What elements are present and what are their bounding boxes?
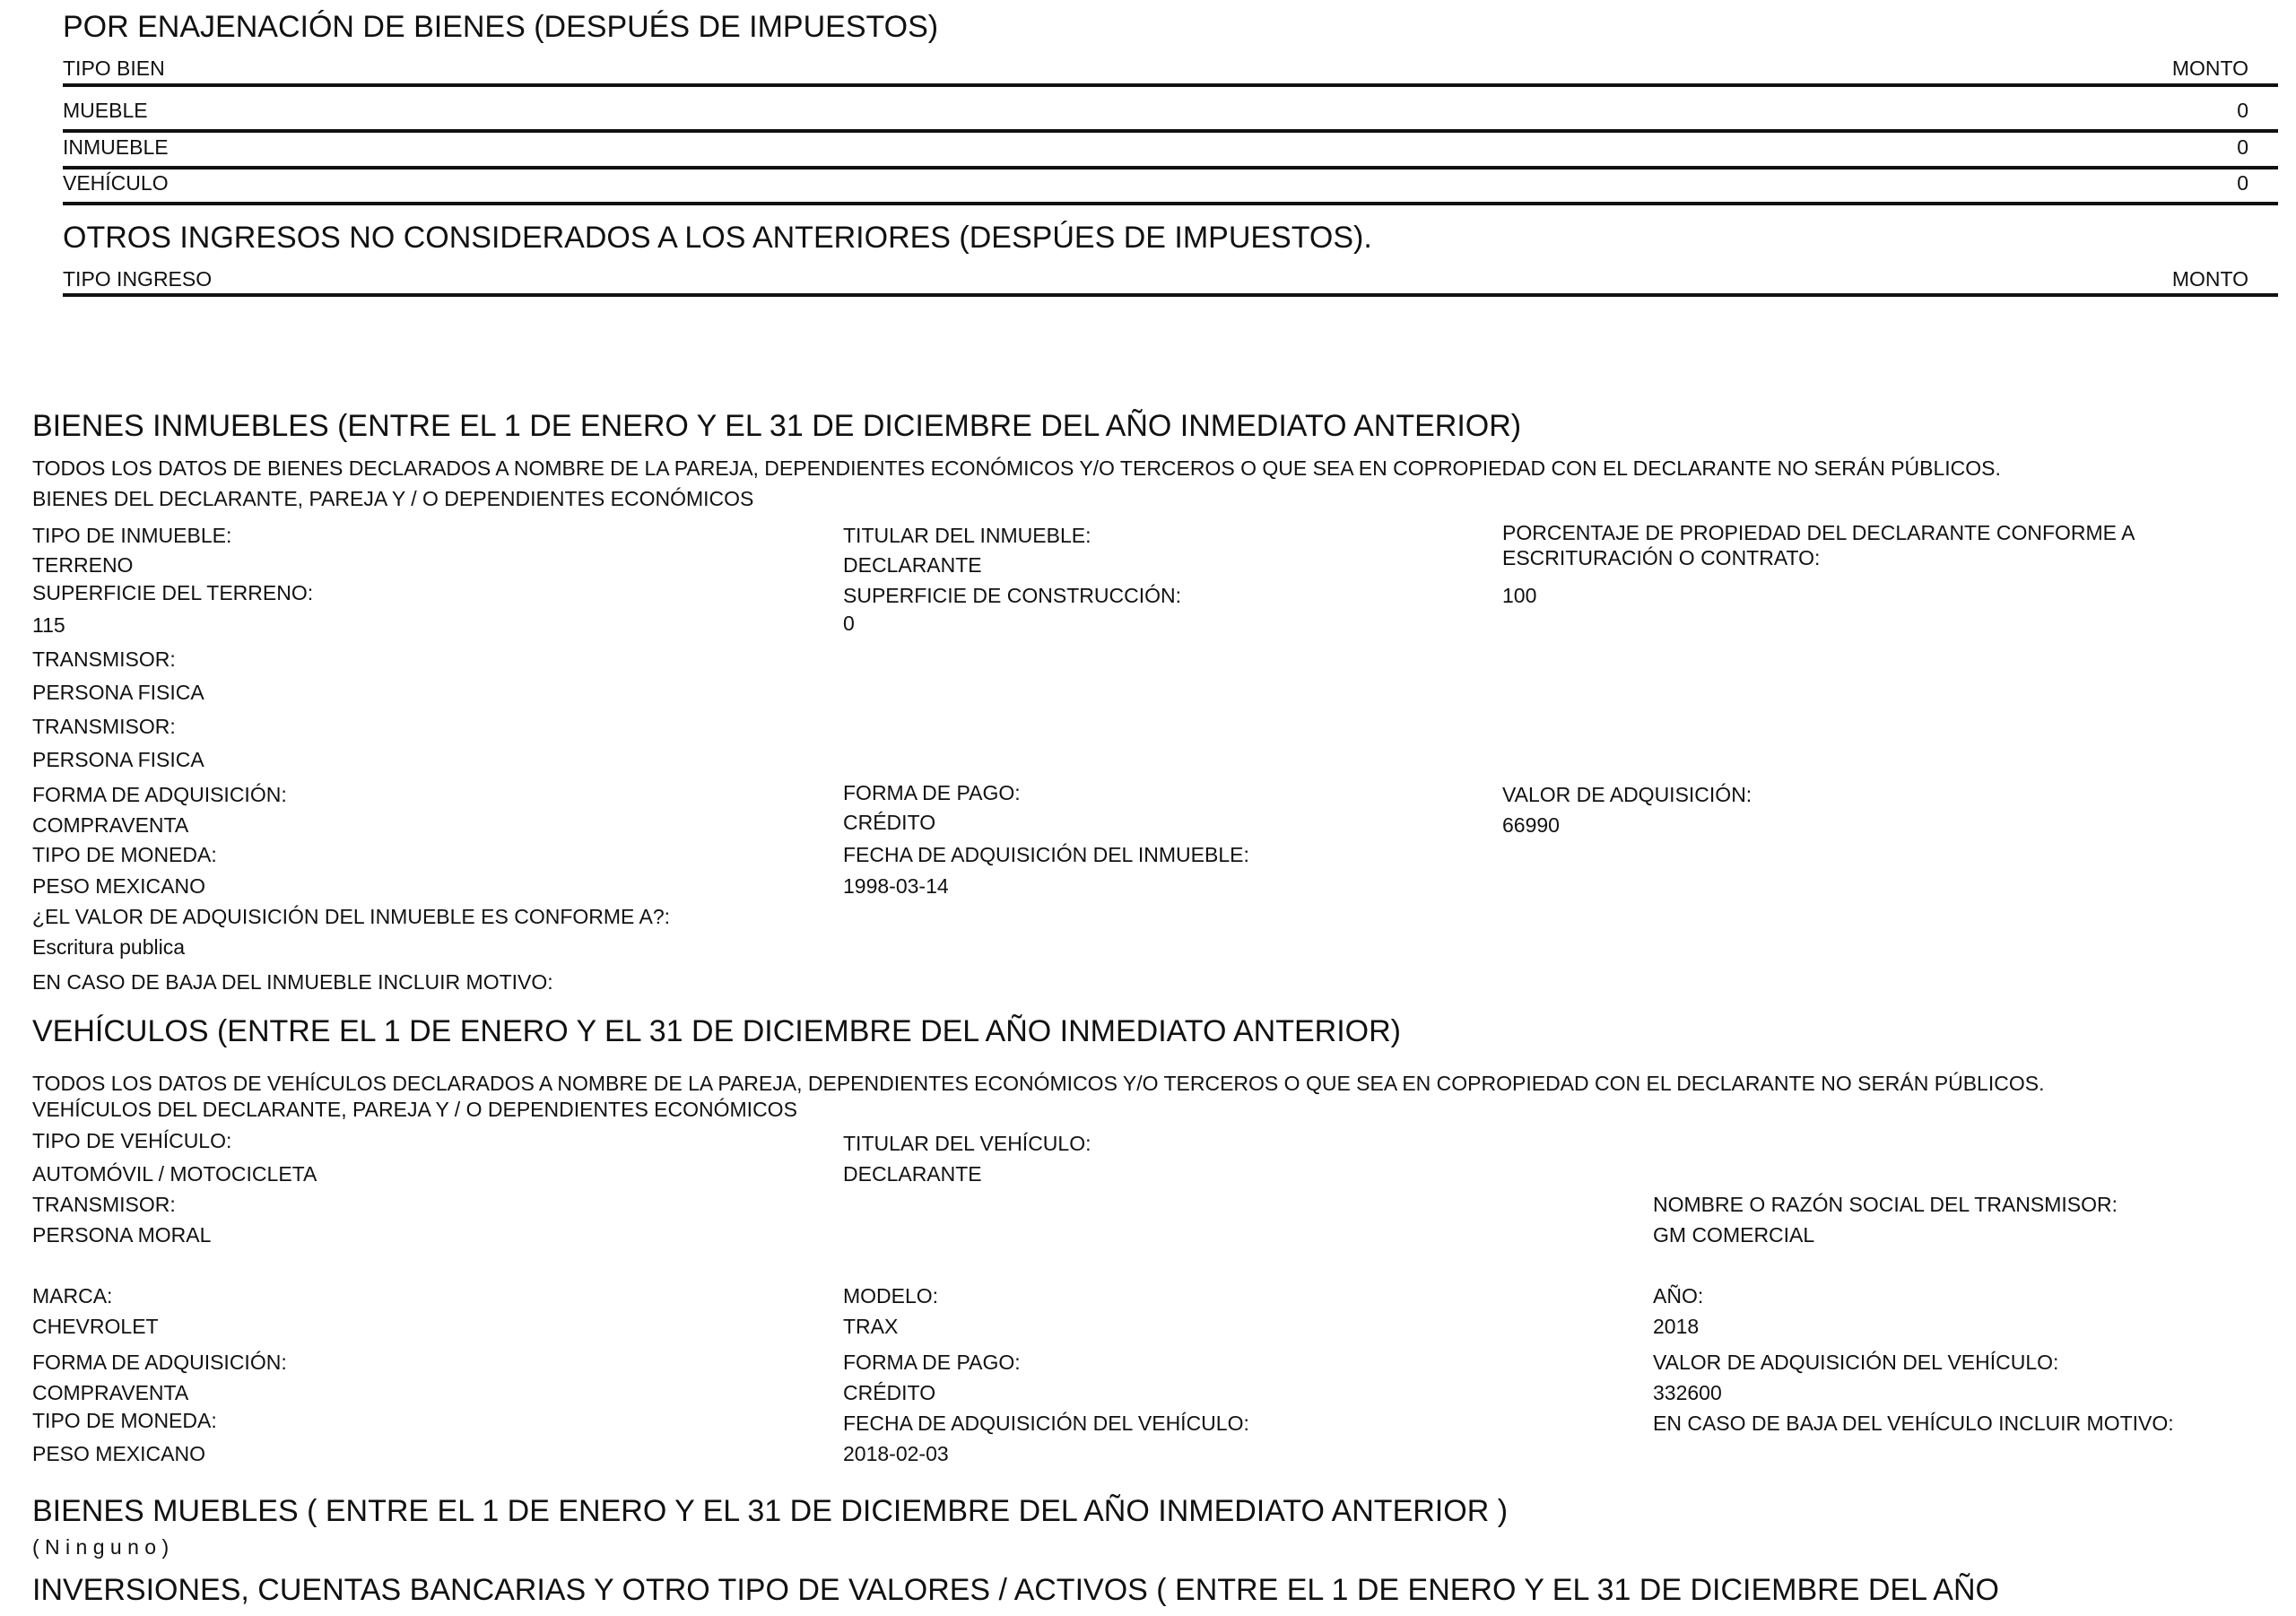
transmisor-value: PERSONA FISICA [32,747,204,772]
tipo-moneda-vehiculo-value: PESO MEXICANO [32,1441,205,1466]
transmisor-vehiculo-label: TRANSMISOR: [32,1192,176,1217]
col-monto: MONTO [2172,56,2248,81]
muebles-title: BIENES MUEBLES ( ENTRE EL 1 DE ENERO Y E… [32,1493,1508,1529]
fecha-vehiculo-label: FECHA DE ADQUISICIÓN DEL VEHÍCULO: [843,1411,1249,1436]
valor-vehiculo-label: VALOR DE ADQUISICIÓN DEL VEHÍCULO: [1653,1350,2058,1375]
table-row-monto: 0 [2237,98,2248,123]
forma-adquisicion-label: FORMA DE ADQUISICIÓN: [32,782,287,807]
sup-construccion-value: 0 [843,611,855,636]
table-row-tipo: VEHÍCULO [63,170,169,195]
valor-adquisicion-label: VALOR DE ADQUISICIÓN: [1502,782,1752,807]
col-tipo-bien: TIPO BIEN [63,56,165,81]
forma-pago-vehiculo-value: CRÉDITO [843,1380,935,1405]
row-divider [63,202,2278,205]
col-tipo-ingreso: TIPO INGRESO [63,266,212,291]
porcentaje-value: 100 [1502,583,1536,608]
porcentaje-label-1: PORCENTAJE DE PROPIEDAD DEL DECLARANTE C… [1502,520,2135,545]
modelo-label: MODELO: [843,1283,938,1308]
anio-value: 2018 [1653,1314,1699,1339]
transmisor-label: TRANSMISOR: [32,647,176,672]
inmuebles-subtitle: BIENES DEL DECLARANTE, PAREJA Y / O DEPE… [32,486,753,511]
tipo-inmueble-label: TIPO DE INMUEBLE: [32,523,231,548]
titular-inmueble-value: DECLARANTE [843,552,982,578]
forma-adquisicion-vehiculo-value: COMPRAVENTA [32,1380,188,1405]
enajenacion-title: POR ENAJENACIÓN DE BIENES (DESPUÉS DE IM… [63,9,938,45]
forma-pago-value: CRÉDITO [843,810,935,835]
baja-inmueble-label: EN CASO DE BAJA DEL INMUEBLE INCLUIR MOT… [32,969,553,995]
marca-label: MARCA: [32,1283,112,1308]
muebles-ninguno: ( N i n g u n o ) [32,1534,169,1560]
row-divider [63,166,2278,169]
fecha-vehiculo-value: 2018-02-03 [843,1441,949,1466]
marca-value: CHEVROLET [32,1314,159,1339]
sup-construccion-label: SUPERFICIE DE CONSTRUCCIÓN: [843,583,1181,608]
valor-conforme-label: ¿EL VALOR DE ADQUISICIÓN DEL INMUEBLE ES… [32,904,670,929]
transmisor-vehiculo-value: PERSONA MORAL [32,1222,211,1247]
titular-vehiculo-label: TITULAR DEL VEHÍCULO: [843,1131,1091,1156]
titular-inmueble-label: TITULAR DEL INMUEBLE: [843,523,1091,548]
col-monto: MONTO [2172,266,2248,291]
vehiculos-subtitle: VEHÍCULOS DEL DECLARANTE, PAREJA Y / O D… [32,1097,797,1122]
tipo-moneda-value: PESO MEXICANO [32,873,205,899]
transmisor-value: PERSONA FISICA [32,680,204,705]
forma-adquisicion-value: COMPRAVENTA [32,812,188,838]
tipo-moneda-label: TIPO DE MONEDA: [32,842,217,867]
forma-adquisicion-vehiculo-label: FORMA DE ADQUISICIÓN: [32,1350,287,1375]
valor-vehiculo-value: 332600 [1653,1380,1722,1405]
table-row-monto: 0 [2237,135,2248,160]
forma-pago-vehiculo-label: FORMA DE PAGO: [843,1350,1021,1375]
anio-label: AÑO: [1653,1283,1703,1308]
forma-pago-label: FORMA DE PAGO: [843,780,1021,805]
fecha-adquisicion-label: FECHA DE ADQUISICIÓN DEL INMUEBLE: [843,842,1249,867]
tipo-moneda-vehiculo-label: TIPO DE MONEDA: [32,1408,217,1433]
inmuebles-notice: TODOS LOS DATOS DE BIENES DECLARADOS A N… [32,456,2001,481]
transmisor-label: TRANSMISOR: [32,714,176,739]
modelo-value: TRAX [843,1314,898,1339]
vehiculos-notice: TODOS LOS DATOS DE VEHÍCULOS DECLARADOS … [32,1071,2044,1096]
tipo-vehiculo-value: AUTOMÓVIL / MOTOCICLETA [32,1161,317,1186]
header-divider [63,293,2278,297]
porcentaje-label-2: ESCRITURACIÓN O CONTRATO: [1502,545,1820,570]
table-row-tipo: MUEBLE [63,98,148,123]
valor-conforme-value: Escritura publica [32,934,185,960]
table-row-monto: 0 [2237,170,2248,195]
valor-adquisicion-value: 66990 [1502,812,1560,838]
inmuebles-title: BIENES INMUEBLES (ENTRE EL 1 DE ENERO Y … [32,408,1521,444]
titular-vehiculo-value: DECLARANTE [843,1161,982,1186]
sup-terreno-label: SUPERFICIE DEL TERRENO: [32,580,313,605]
header-divider [63,83,2278,87]
row-divider [63,129,2278,133]
tipo-inmueble-value: TERRENO [32,552,133,578]
baja-vehiculo-label: EN CASO DE BAJA DEL VEHÍCULO INCLUIR MOT… [1653,1411,2174,1436]
vehiculos-title: VEHÍCULOS (ENTRE EL 1 DE ENERO Y EL 31 D… [32,1013,1401,1049]
tipo-vehiculo-label: TIPO DE VEHÍCULO: [32,1128,231,1153]
fecha-adquisicion-value: 1998-03-14 [843,873,949,899]
inversiones-title: INVERSIONES, CUENTAS BANCARIAS Y OTRO TI… [32,1572,1999,1608]
sup-terreno-value: 115 [32,613,65,638]
razon-social-value: GM COMERCIAL [1653,1222,1814,1247]
razon-social-label: NOMBRE O RAZÓN SOCIAL DEL TRANSMISOR: [1653,1192,2118,1217]
table-row-tipo: INMUEBLE [63,135,169,160]
otros-ingresos-title: OTROS INGRESOS NO CONSIDERADOS A LOS ANT… [63,220,1372,256]
